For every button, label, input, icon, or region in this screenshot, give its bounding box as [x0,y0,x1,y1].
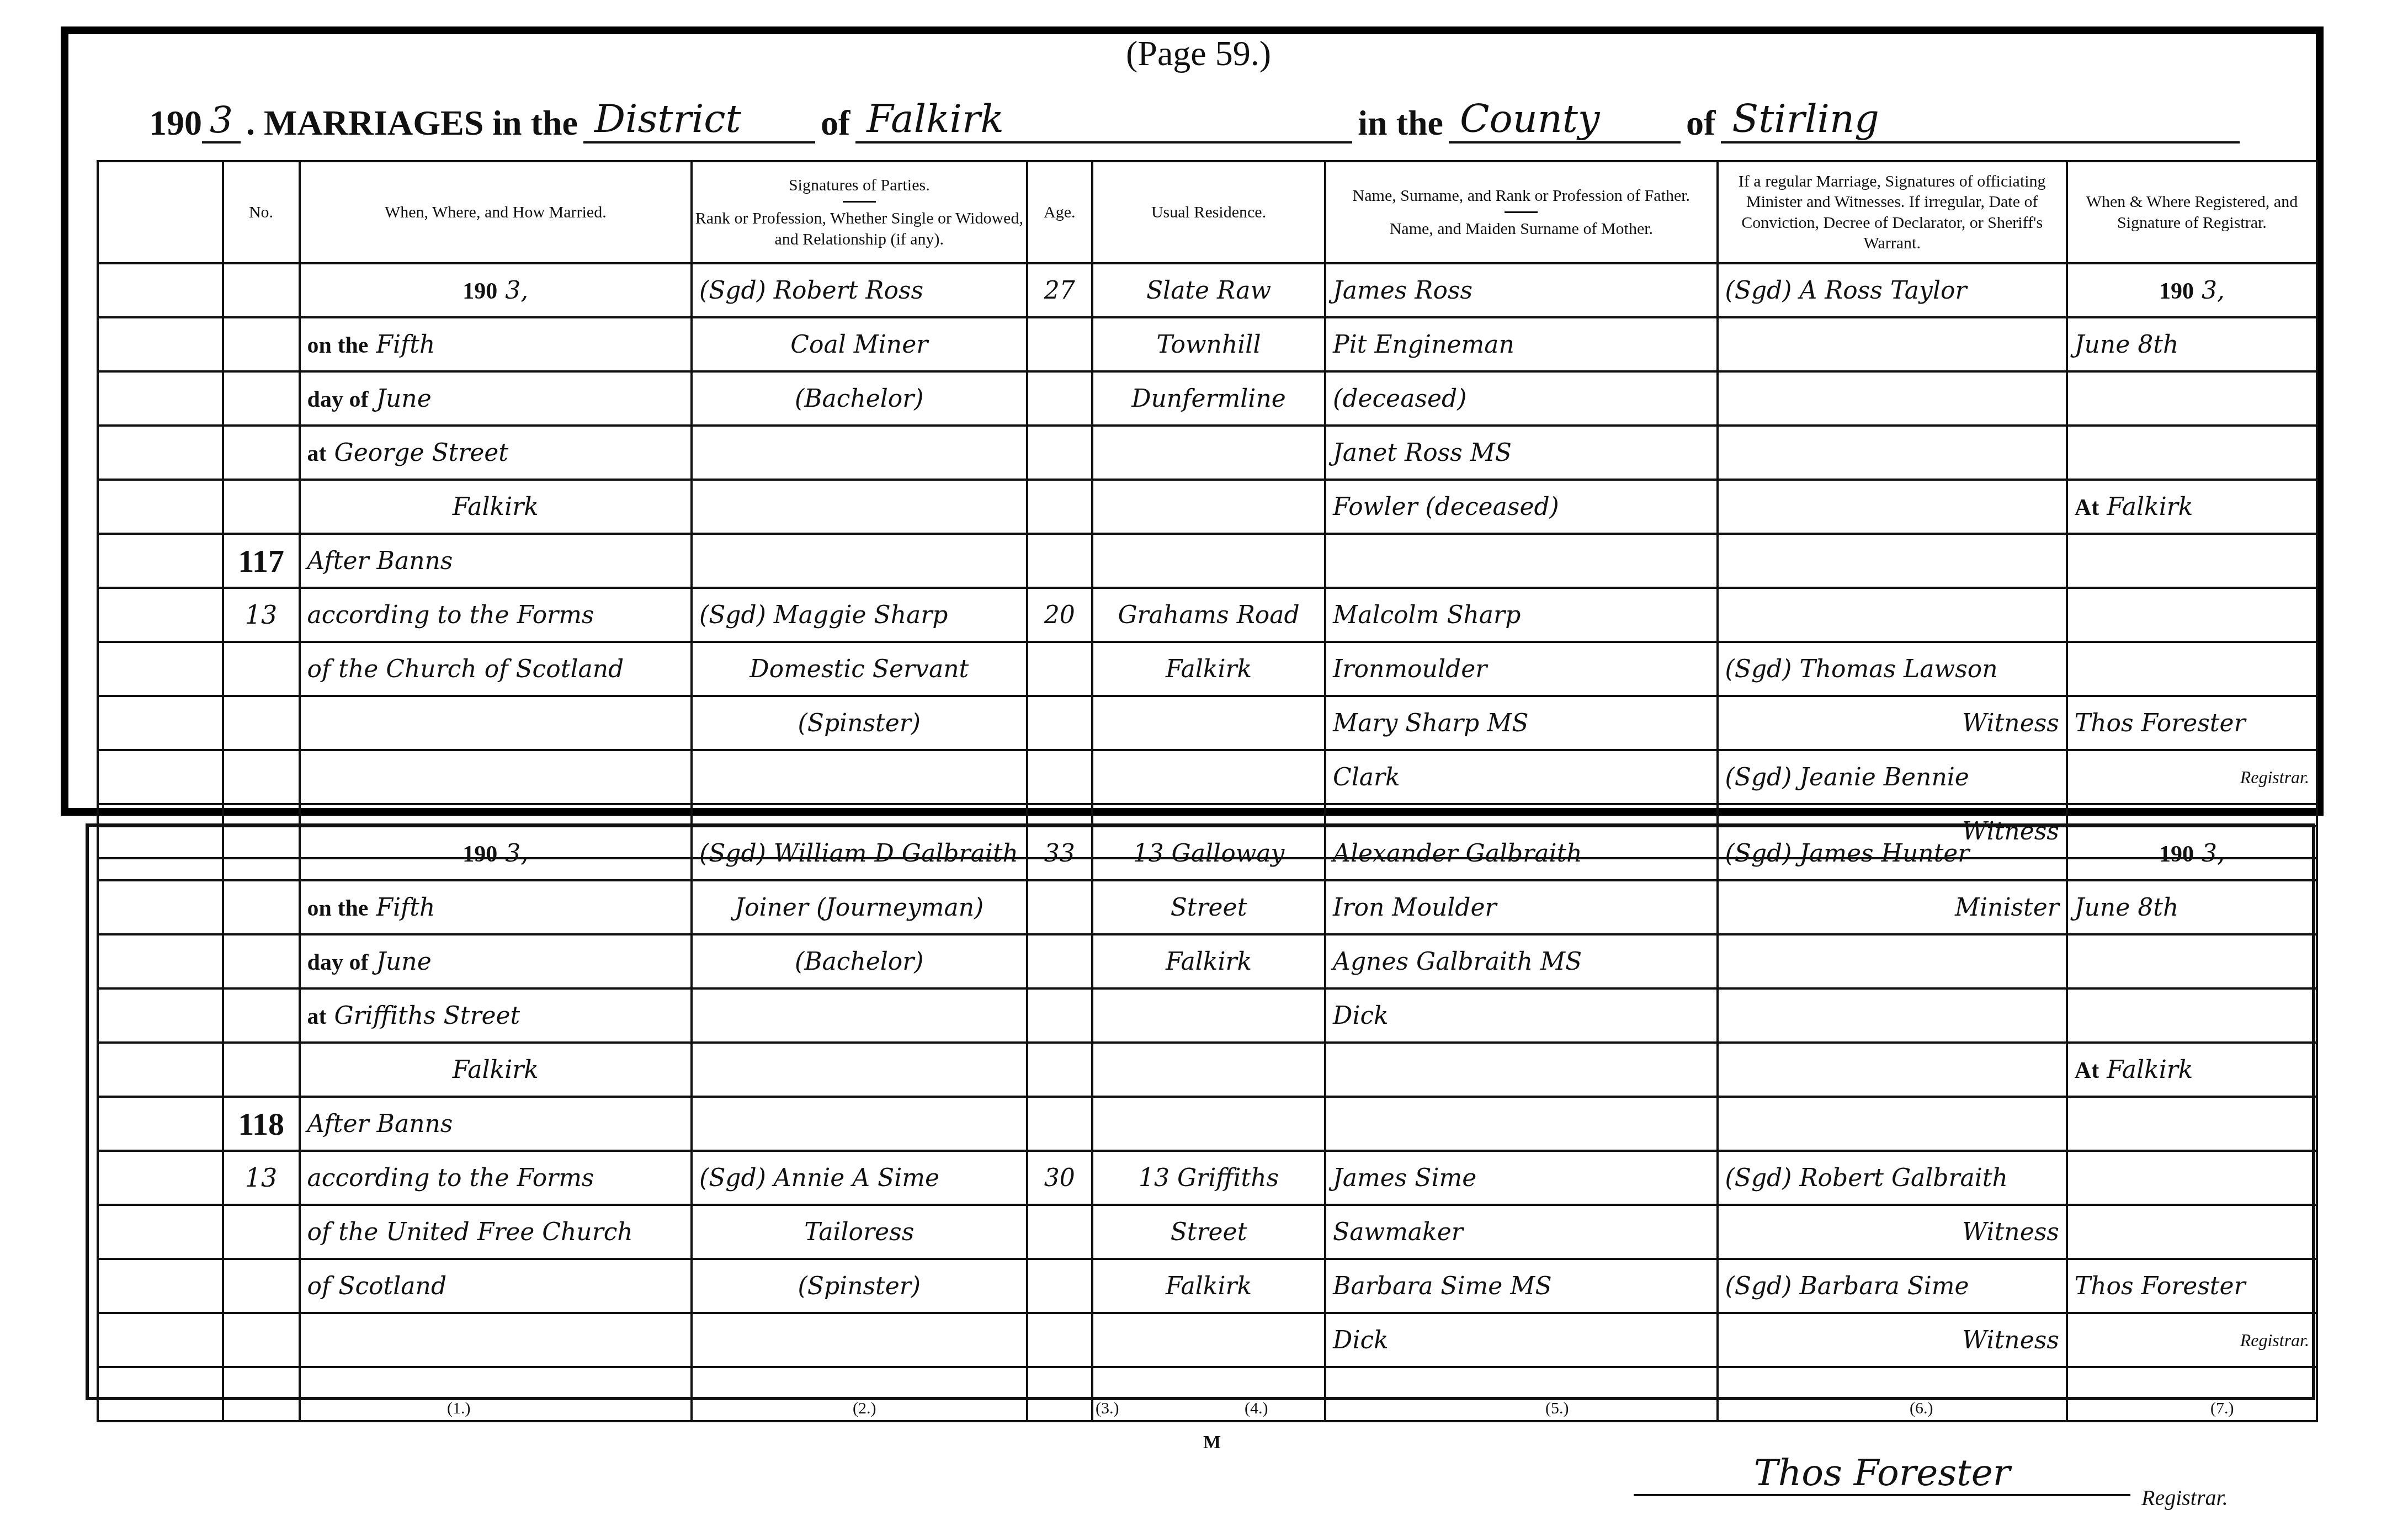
entry-number-cell [223,1313,300,1367]
when-where-how-cell: 1903, [300,263,692,317]
column-number: (3.) [1096,1399,1119,1418]
minister-witness-cell [1718,934,2067,988]
margin-cell [98,826,223,880]
handwritten-text: of the Church of Scotland [307,655,624,683]
entry-number-cell: 13 [223,588,300,642]
title-year-prefix: 190 [149,103,202,143]
minister-witness-cell: (Sgd) Robert Galbraith [1718,1151,2067,1205]
minister-witness-cell [1718,1097,2067,1151]
entry-number-cell: 117 [223,534,300,588]
margin-cell [98,1205,223,1259]
minister-witness-cell: (Sgd) Thomas Lawson [1718,642,2067,696]
printed-label: day of [307,950,369,975]
age-cell [1027,480,1092,534]
entry-number-cell [223,1205,300,1259]
margin-cell [98,263,223,317]
residence-cell: Falkirk [1092,934,1325,988]
register-entry-117: 1903,(Sgd) Robert Ross27Slate RawJames R… [97,262,2318,859]
parents-cell: Ironmoulder [1325,642,1717,696]
register-title: 190 3 . MARRIAGES in the District of Fal… [149,83,2313,143]
handwritten-text: Falkirk [453,493,539,521]
margin-cell [98,1097,223,1151]
footer-registrar-signature: Thos Forester [1634,1452,2130,1496]
entry-number-cell [223,934,300,988]
title-in-the: in the [1358,103,1443,143]
minister-witness-cell [1718,371,2067,426]
parents-cell [1325,534,1717,588]
registration-cell [2067,1205,2317,1259]
parents-cell: James Sime [1325,1151,1717,1205]
when-where-how-cell: atGeorge Street [300,426,692,480]
parents-cell: Janet Ross MS [1325,426,1717,480]
margin-cell [98,534,223,588]
footer-registrar-label: Registrar. [2141,1485,2228,1511]
signature-cell [692,1313,1027,1367]
signature-cell: Joiner (Journeyman) [692,880,1027,934]
minister-witness-cell: (Sgd) James Hunter [1718,826,2067,880]
registration-cell: AtFalkirk [2067,1043,2317,1097]
column-number: (1.) [447,1399,470,1418]
signature-cell: (Bachelor) [692,934,1027,988]
when-where-how-cell: of the United Free Church [300,1205,692,1259]
parents-cell: Clark [1325,750,1717,804]
handwritten-text: Fifth [376,331,435,359]
margin-cell [98,317,223,371]
handwritten-text: Falkirk [2107,493,2193,521]
handwritten-text: After Banns [307,547,453,575]
entry-number-cell [223,480,300,534]
table-row: atGeorge StreetJanet Ross MS [98,426,2317,480]
age-cell [1027,1097,1092,1151]
signature-cell [692,750,1027,804]
minister-witness-cell [1718,480,2067,534]
registration-cell: Registrar. [2067,1313,2317,1367]
county-name: Stirling [1721,96,2240,143]
residence-cell: Dunfermline [1092,371,1325,426]
title-year-suffix: 3 [202,99,241,143]
district-name: Falkirk [855,96,1352,143]
registration-cell [2067,1151,2317,1205]
signature-cell: Coal Miner [692,317,1027,371]
table-row: day ofJune(Bachelor)FalkirkAgnes Galbrai… [98,934,2317,988]
column-number: (7.) [2210,1399,2234,1418]
handwritten-text: June [376,385,431,413]
printed-label: on the [307,333,369,358]
signature-cell [692,1097,1027,1151]
handwritten-text: Falkirk [2107,1056,2193,1084]
when-where-how-cell [300,1313,692,1367]
when-where-how-cell: of Scotland [300,1259,692,1313]
signature-cell [692,988,1027,1043]
margin-cell [98,642,223,696]
when-where-how-cell: according to the Forms [300,1151,692,1205]
age-cell [1027,750,1092,804]
signature-cell: (Sgd) Robert Ross [692,263,1027,317]
signature-cell: (Bachelor) [692,371,1027,426]
table-row: 1903,(Sgd) Robert Ross27Slate RawJames R… [98,263,2317,317]
page-mark: M [1203,1432,1221,1453]
minister-witness-cell: Minister [1718,880,2067,934]
minister-witness-cell: Witness [1718,1205,2067,1259]
minister-witness-cell: (Sgd) Barbara Sime [1718,1259,2067,1313]
handwritten-text: of the United Free Church [307,1218,633,1246]
residence-cell [1092,750,1325,804]
entry-number-cell [223,988,300,1043]
printed-label: day of [307,387,369,412]
registration-cell [2067,371,2317,426]
parents-cell: Mary Sharp MS [1325,696,1717,750]
parents-cell: (deceased) [1325,371,1717,426]
registration-cell [2067,988,2317,1043]
when-where-how-cell: on theFifth [300,317,692,371]
residence-cell: Townhill [1092,317,1325,371]
column-header-no: No. [223,161,300,263]
entry-number-cell: 118 [223,1097,300,1151]
signature-cell: Tailoress [692,1205,1027,1259]
parents-cell [1325,1043,1717,1097]
column-number: (5.) [1545,1399,1569,1418]
registration-cell [2067,426,2317,480]
margin-cell [98,426,223,480]
parents-cell: Dick [1325,1313,1717,1367]
handwritten-text: Falkirk [453,1056,539,1084]
minister-witness-cell: Witness [1718,1313,2067,1367]
registration-cell [2067,934,2317,988]
handwritten-text: Thos Forester [2075,709,2246,737]
parents-cell: Iron Moulder [1325,880,1717,934]
registration-cell [2067,1097,2317,1151]
table-row: 118After Banns [98,1097,2317,1151]
parents-cell: Dick [1325,988,1717,1043]
table-row: of the United Free ChurchTailoressStreet… [98,1205,2317,1259]
parents-cell: James Ross [1325,263,1717,317]
registration-cell: Registrar. [2067,750,2317,804]
minister-witness-cell [1718,426,2067,480]
margin-cell [98,750,223,804]
when-where-how-cell: Falkirk [300,480,692,534]
margin-cell [98,371,223,426]
handwritten-text: according to the Forms [307,1164,594,1192]
county-type: County [1449,96,1681,143]
registration-cell: June 8th [2067,880,2317,934]
title-of-2: of [1686,103,1715,143]
age-cell [1027,934,1092,988]
margin-column-header [98,161,223,263]
residence-cell [1092,1313,1325,1367]
printed-label: 190 [2159,279,2194,304]
handwritten-text: of Scotland [307,1272,447,1300]
column-number: (2.) [853,1399,876,1418]
residence-cell [1092,696,1325,750]
registration-cell: Thos Forester [2067,1259,2317,1313]
printed-label: at [307,441,327,466]
handwritten-text: 3, [2202,277,2225,305]
column-numbers: (1.) (2.) (3.) (4.) (5.) (6.) (7.) [0,1399,2408,1427]
when-where-how-cell: After Banns [300,1097,692,1151]
signature-cell [692,1043,1027,1097]
age-cell [1027,1205,1092,1259]
margin-cell [98,588,223,642]
age-cell [1027,426,1092,480]
table-row: of Scotland(Spinster)FalkirkBarbara Sime… [98,1259,2317,1313]
age-cell [1027,880,1092,934]
entry-number-cell [223,642,300,696]
registrar-label: Registrar. [2240,767,2309,787]
register-entry-118: 1903,(Sgd) William D Galbraith3313 Gallo… [97,825,2318,1422]
handwritten-text: June [376,948,431,976]
when-where-how-cell: atGriffiths Street [300,988,692,1043]
column-header-residence: Usual Residence. [1092,161,1325,263]
table-row: FalkirkAtFalkirk [98,1043,2317,1097]
printed-label: 190 [463,842,497,867]
handwritten-text: June 8th [2075,331,2178,359]
column-header-minister-witnesses: If a regular Marriage, Signatures of off… [1718,161,2067,263]
column-number: (4.) [1245,1399,1268,1418]
minister-witness-cell [1718,988,2067,1043]
registration-cell: AtFalkirk [2067,480,2317,534]
age-cell [1027,1313,1092,1367]
entry-number-cell [223,317,300,371]
margin-cell [98,934,223,988]
signature-cell: (Sgd) Annie A Sime [692,1151,1027,1205]
when-where-how-cell [300,750,692,804]
table-row: on theFifthJoiner (Journeyman)StreetIron… [98,880,2317,934]
age-cell [1027,317,1092,371]
signature-cell: Domestic Servant [692,642,1027,696]
parents-cell [1325,1097,1717,1151]
signature-cell: (Sgd) William D Galbraith [692,826,1027,880]
when-where-how-cell: Falkirk [300,1043,692,1097]
entry-number-cell [223,696,300,750]
table-row: (Spinster)Mary Sharp MSWitnessThos Fores… [98,696,2317,750]
signature-cell [692,426,1027,480]
margin-cell [98,988,223,1043]
page-number: (Page 59.) [1126,33,1271,74]
parents-cell: Barbara Sime MS [1325,1259,1717,1313]
entry-number-cell [223,371,300,426]
parents-cell: Alexander Galbraith [1325,826,1717,880]
table-row: 13according to the Forms(Sgd) Maggie Sha… [98,588,2317,642]
residence-cell [1092,534,1325,588]
residence-cell [1092,426,1325,480]
registration-cell: Thos Forester [2067,696,2317,750]
registrar-label: Registrar. [2240,1330,2309,1350]
registration-cell: 1903, [2067,826,2317,880]
minister-witness-cell: (Sgd) A Ross Taylor [1718,263,2067,317]
margin-cell [98,1043,223,1097]
table-row: on theFifthCoal MinerTownhillPit Enginem… [98,317,2317,371]
residence-cell: Street [1092,1205,1325,1259]
age-cell: 33 [1027,826,1092,880]
when-where-how-cell [300,696,692,750]
minister-witness-cell: (Sgd) Jeanie Bennie [1718,750,2067,804]
entry-number-cell [223,1259,300,1313]
handwritten-text: After Banns [307,1110,453,1138]
table-row: of the Church of ScotlandDomestic Servan… [98,642,2317,696]
entry-number-cell [223,826,300,880]
entry-number-cell [223,426,300,480]
title-text: . MARRIAGES in the [246,103,578,143]
signature-cell: (Spinster) [692,696,1027,750]
when-where-how-cell: day ofJune [300,371,692,426]
minister-witness-cell [1718,588,2067,642]
parents-cell: Sawmaker [1325,1205,1717,1259]
residence-cell: Slate Raw [1092,263,1325,317]
handwritten-text: George Street [334,439,509,467]
handwritten-text: June 8th [2075,894,2178,922]
signature-cell: (Spinster) [692,1259,1027,1313]
residence-cell [1092,1097,1325,1151]
table-row: DickWitnessRegistrar. [98,1313,2317,1367]
residence-cell: Falkirk [1092,1259,1325,1313]
handwritten-text: Griffiths Street [334,1002,520,1030]
entry-number-cell: 13 [223,1151,300,1205]
handwritten-text: 3, [2202,839,2225,868]
column-header-parents: Name, Surname, and Rank or Profession of… [1325,161,1717,263]
entry-number-cell [223,880,300,934]
printed-label: 190 [2159,842,2194,867]
title-of-1: of [821,103,850,143]
residence-cell [1092,1043,1325,1097]
handwritten-text: 3, [505,277,528,305]
age-cell [1027,1259,1092,1313]
table-row: 117After Banns [98,534,2317,588]
table-row: 1903,(Sgd) William D Galbraith3313 Gallo… [98,826,2317,880]
table-row: day ofJune(Bachelor)Dunfermline(deceased… [98,371,2317,426]
parents-cell: Malcolm Sharp [1325,588,1717,642]
printed-label: on the [307,896,369,921]
when-where-how-cell: of the Church of Scotland [300,642,692,696]
residence-cell: Falkirk [1092,642,1325,696]
residence-cell [1092,480,1325,534]
handwritten-text: Thos Forester [2075,1272,2246,1300]
registration-cell [2067,534,2317,588]
residence-cell: 13 Galloway [1092,826,1325,880]
signature-cell: (Sgd) Maggie Sharp [692,588,1027,642]
residence-cell: Street [1092,880,1325,934]
registration-cell: June 8th [2067,317,2317,371]
printed-label: At [2075,495,2099,520]
margin-cell [98,1313,223,1367]
column-header-signatures: Signatures of Parties. Rank or Professio… [692,161,1027,263]
minister-witness-cell [1718,1043,2067,1097]
margin-cell [98,480,223,534]
handwritten-text: according to the Forms [307,601,594,629]
age-cell: 20 [1027,588,1092,642]
signature-cell [692,480,1027,534]
table-row: 13according to the Forms(Sgd) Annie A Si… [98,1151,2317,1205]
printed-label: At [2075,1058,2099,1083]
age-cell [1027,371,1092,426]
parents-cell: Agnes Galbraith MS [1325,934,1717,988]
table-row: atGriffiths StreetDick [98,988,2317,1043]
margin-cell [98,1151,223,1205]
table-row: Clark(Sgd) Jeanie BennieRegistrar. [98,750,2317,804]
table-row: FalkirkFowler (deceased)AtFalkirk [98,480,2317,534]
printed-label: 190 [463,279,497,304]
residence-cell [1092,988,1325,1043]
age-cell [1027,696,1092,750]
when-where-how-cell: After Banns [300,534,692,588]
when-where-how-cell: day ofJune [300,934,692,988]
age-cell [1027,534,1092,588]
age-cell [1027,1043,1092,1097]
residence-cell: Grahams Road [1092,588,1325,642]
residence-cell: 13 Griffiths [1092,1151,1325,1205]
minister-witness-cell [1718,317,2067,371]
age-cell [1027,988,1092,1043]
handwritten-text: Fifth [376,894,435,922]
margin-cell [98,1259,223,1313]
printed-label: at [307,1004,327,1029]
registration-cell [2067,642,2317,696]
parents-cell: Pit Engineman [1325,317,1717,371]
registration-cell: 1903, [2067,263,2317,317]
register-header: No. When, Where, and How Married. Signat… [97,160,2318,264]
minister-witness-cell [1718,534,2067,588]
entry-number-cell [223,263,300,317]
column-number: (6.) [1910,1399,1933,1418]
age-cell: 27 [1027,263,1092,317]
district-type: District [583,96,815,143]
entry-number-cell [223,750,300,804]
when-where-how-cell: 1903, [300,826,692,880]
age-cell: 30 [1027,1151,1092,1205]
column-header-when-where-how: When, Where, and How Married. [300,161,692,263]
margin-cell [98,880,223,934]
when-where-how-cell: on theFifth [300,880,692,934]
when-where-how-cell: according to the Forms [300,588,692,642]
column-header-registered: When & Where Registered, and Signature o… [2067,161,2317,263]
margin-cell [98,696,223,750]
entry-number-cell [223,1043,300,1097]
column-header-age: Age. [1027,161,1092,263]
signature-cell [692,534,1027,588]
minister-witness-cell: Witness [1718,696,2067,750]
age-cell [1027,642,1092,696]
registration-cell [2067,588,2317,642]
parents-cell: Fowler (deceased) [1325,480,1717,534]
handwritten-text: 3, [505,839,528,868]
